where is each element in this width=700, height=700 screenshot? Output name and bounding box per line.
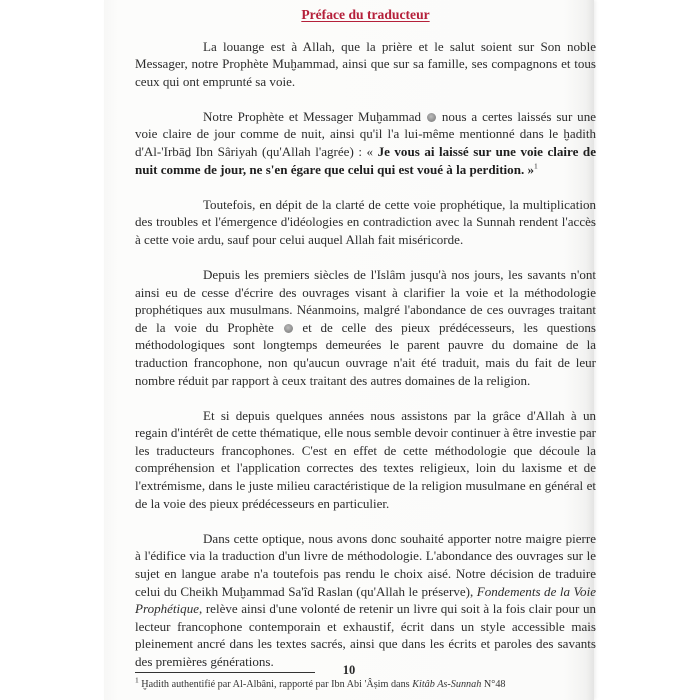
paragraph-6: Dans cette optique, nous avons donc souh… (135, 530, 596, 671)
p6-text-after: , relève ainsi d'une volonté de retenir … (135, 601, 596, 669)
page-title: Préface du traducteur (135, 6, 596, 24)
page-content: Préface du traducteur La louange est à A… (135, 6, 596, 691)
footnote: 1 Ḫadith authentifié par Al-Albâni, rapp… (135, 678, 596, 691)
footnote-text: Ḫadith authentifié par Al-Albâni, rappor… (141, 679, 409, 690)
salutation-icon (284, 324, 293, 333)
paragraph-4: Depuis les premiers siècles de l'Islâm j… (135, 266, 596, 389)
page-number: 10 (104, 663, 594, 678)
p2-text-before: Notre Prophète et Messager Muḫammad (203, 109, 421, 124)
narrator: d'Al-'Irbāḏ Ibn Sâriyah (qu'Allah l'agré… (135, 144, 362, 159)
book-page: Préface du traducteur La louange est à A… (104, 0, 594, 700)
paragraph-5: Et si depuis quelques années nous assist… (135, 407, 596, 513)
paragraph-2: Notre Prophète et Messager Muḫammad nous… (135, 108, 596, 178)
paragraph-1: La louange est à Allah, que la prière et… (135, 38, 596, 91)
hadith-word: ḫadith (563, 126, 596, 141)
paragraph-3: Toutefois, en dépit de la clarté de cett… (135, 196, 596, 249)
footnote-source-title: Kitâb As-Sunnah (412, 679, 481, 690)
footnote-source-number: N°48 (484, 679, 506, 690)
footnote-reference: 1 (534, 161, 538, 170)
quote-open: « (367, 144, 374, 159)
salutation-icon (427, 113, 436, 122)
